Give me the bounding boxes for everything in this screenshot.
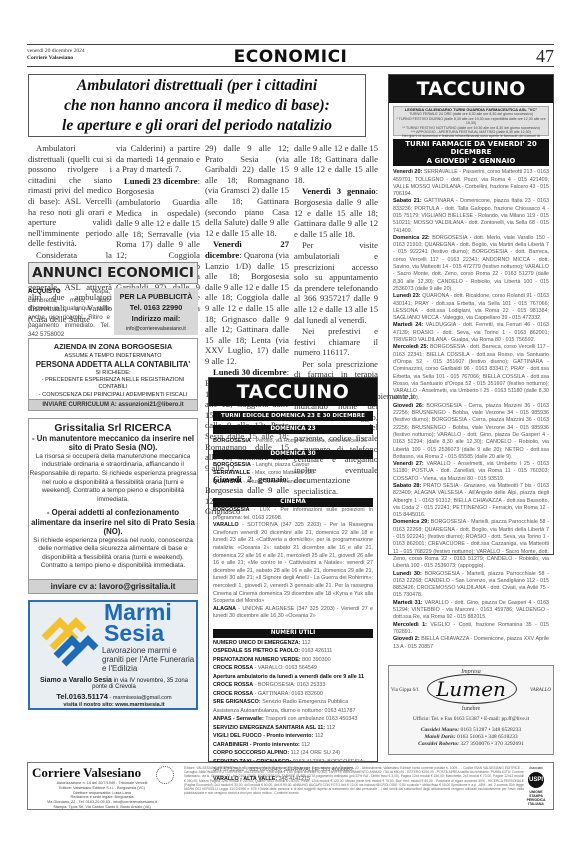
contact-line: Cassidei Mauro: 0163 51287 • 348 6528233 [389,727,553,734]
entry-label: ANPAS - Serravalle: [213,716,264,722]
entry-text: 112 [313,733,323,739]
turno-day: Venerdì 20: [393,169,422,175]
phone-entry: ANPAS - Serravalle: Trasporti con ambula… [213,715,373,724]
turni-list: Venerdì 20: SERRAVALLE - Passerini, cors… [389,166,553,651]
uspi-label: Associato [523,766,549,770]
cinema-entry: VARALLO - SOTTORIVA (347 325 2203) - Per… [209,522,377,606]
lumen-address: Via Gippa 6/1 [391,688,419,693]
ad-text: Vespa, Lambretta, moto, auto d'epoca in … [28,288,110,338]
turno-day: Martedì 31: [393,600,423,606]
entry-text: 112 [325,725,335,731]
page-number: 47 [536,46,554,67]
entry-label: PRENOTAZIONI NUMERO VERDE: [213,657,301,663]
turno-text: BORGOSESIA - dott. Barreca, corso Vercel… [393,344,549,401]
headline-line: che non hanno ancora il medico di base): [29,96,365,116]
annunci-title: ANNUNCI ECONOMICI [28,262,198,284]
job-ad-grissitalia: Grissitalia Srl RICERCA - Un manutentore… [28,418,198,580]
turno-day: Giovedì 26: [393,403,424,409]
taccuino-edicole-box: TACCUINO TURNI EDICOLE DOMENICA 23 E 30 … [208,377,378,762]
cinema-entry: ALAGNA - UNIONE ALAGNESE (347 325 2203) … [209,606,377,621]
phone-entry: CORPO SOCCORSO ALPINO: 112 (24 ORE SU 24… [213,749,373,758]
turno-entry: Lunedì 23: QUARONA - dott. Ricaldone, co… [393,293,549,322]
job-ad-email-link[interactable]: INVIARE CURRICULUM A: assunzioni21@liber… [28,400,198,411]
headline-line: Ambulatori distrettuali (per i cittadini [29,76,365,96]
contact-phones: 327 3930076 • 370 3292691 [459,741,524,747]
phone-entry: OSPEDALE SS PIETRO E PAOLO: 0163 426111 [213,647,373,656]
turno-entry: Domenica 29: BORGOSESIA - Martelli, piaz… [393,519,549,570]
entry-text: - Max, corso Matteotti 226 [250,470,314,476]
entry-label: VIGILI DEL FUOCO - Pronto intervento: [213,733,313,739]
article-text: : Quarona (via Lanzio 1/D) dalle 15 alle… [205,250,289,366]
turno-day: Mercoledì 1: [393,622,427,628]
phone-entry: NUMERO UNICO DI EMERGENZA: 112 [213,639,373,648]
turno-entry: Martedì 31: VARALLO - dott. Gino, piazza… [393,600,549,622]
job-ad-text: SI RICHIEDE: [29,370,197,376]
taccuino-title: TACCUINO [389,75,553,103]
entry-label: CORPO SOCCORSO ALPINO: [213,750,289,756]
corriere-logo: Corriere Valsesiano [32,765,141,781]
edicola-entry: QUARONA - Artuso, corso Rolandi 60 [209,478,377,487]
entry-label: CARABINIERI - Pronto intervento: [213,742,300,748]
turno-day: Domenica 22: [393,235,430,241]
imprint: Autorizzazione n. 14 del 20/7/1949 - Tri… [32,781,172,810]
turno-day: Sabato 28: [393,483,421,489]
turno-entry: Venerdì 20: SERRAVALLE - Passerini, cors… [393,169,549,198]
entry-label: SRE GRIGNASCO: [213,699,261,705]
entry-text: - Artuso, corso Rolandi 60 [242,479,306,485]
pubblicita-phone: Tel. 0163 22990 [114,303,198,312]
article-headline: Ambulatori distrettuali (per i cittadini… [28,74,366,137]
article-paragraph: via Calderini) a partire da martedì 14 g… [116,143,200,175]
domenica-30-title: DOMENICA 30 [213,450,373,459]
entry-text: - BORGOSESIA: 0163 25333 [253,682,325,688]
lumen-impresa: Impresa [389,669,553,675]
phone-entry: SERVIZIO EMERGENZA SANITARIA ASL 11: 112 [213,724,373,733]
phone-entry: CROCE ROSSA - BORGOSESIA: 0163 25333 [213,681,373,690]
turno-entry: Martedì 24: VALDUGGIA - dott. Ferretti, … [393,322,549,344]
turno-day: Mercoledì 25: [393,344,428,350]
article-day: Lunedì 30 dicembre [213,367,287,377]
contact-name: Cassidei Mauro: [421,727,459,733]
contact-phones: 0163 51063 • 348 6518233 [456,734,518,740]
turno-entry: Mercoledì 1: VEGLIO - Conti, frazione Ro… [393,622,549,637]
turno-entry: Domenica 22: BORGOSESIA - dott. Merlo, v… [393,235,549,293]
phone-entry: VIGILI DEL FUOCO - Pronto intervento: 11… [213,732,373,741]
article-paragraph: Per visite ambulatoriali e prescrizioni … [294,240,378,325]
taccuino-farmacie-box: TACCUINO LEGENDA CALENDARIO TURNI GUARDI… [388,74,554,555]
entry-text: - GATTINARA: 0163 832600 [253,691,323,697]
turno-day: Lunedì 23: [393,293,421,299]
lumen-city: VARALLO [530,688,551,693]
lumen-funebre: funebre [389,706,553,712]
job-ad-position: - Operai addetti al confezionamento alim… [29,508,197,536]
title-line: TURNI FARMACIE DA VENERDI' 20 DICEMBRE [393,140,549,157]
phone-entry: CROCE ROSSA - VARALLO: 0163 564549 [213,664,373,673]
numeri-utili-title: NUMERI UTILI [213,629,373,638]
turno-day: Giovedì 2: [393,636,420,642]
contact-phones: 0163 51287 • 348 6528233 [459,727,521,733]
town: SERRAVALLE [213,470,250,476]
town: BORGOSESIA [213,507,250,513]
phone-entry: CROCE ROSSA - GATTINARA: 0163 832600 [213,690,373,699]
contact-name: Cassidei Roberto: [418,741,459,747]
turno-day: Martedì 24: [393,322,423,328]
address-label: Siamo a Varallo Sesia [40,677,112,684]
entry-text: - VARALLO: 0163 564549 [253,665,317,671]
entry-text: 112 (24 ORE SU 24) [289,750,340,756]
uspi-badge: Associato USPI UNIONE STAMPA PERIODICA I… [523,766,549,806]
entry-text: - Perolio, via Roma 8; Zuccolo, corso Ve… [251,438,367,444]
entry-text: Trasporti con ambulanze 0163 450343 [264,716,358,722]
marmi-website-link[interactable]: visita il nostro sito: www.marmisesia.it [34,702,194,708]
turno-day: Sabato 21: [393,198,422,204]
entry-text: - Langhi, piazza Cavour [251,462,309,468]
turno-entry: Giovedì 26: BORGOSESIA - Cerra, piazza M… [393,403,549,461]
uspi-text: UNIONE STAMPA PERIODICA ITALIANA [523,790,549,806]
town: BORGOSESIA [213,462,251,468]
edicola-entry: BORGOSESIA - Langhi, piazza Cavour [209,461,377,470]
entry-text: - UNIONE ALAGNESE (347 325 2203) - Vener… [213,606,373,620]
entry-text: 800 390300 [301,657,331,663]
edicola-entry: BORGOSESIA - Perolio, via Roma 8; Zuccol… [209,437,377,446]
pubblicita-mail-label: Indirizzo mail: [114,314,198,323]
turni-farmacie-title: TURNI FARMACIE DA VENERDI' 20 DICEMBRE A… [393,139,549,166]
article-day: Venerdì 3 gennaio [302,186,376,196]
marmi-sesia-logo-icon [38,608,102,668]
job-ad-text: ASSUME A TEMPO INDETERMINATO [29,353,197,359]
town: BORGOSESIA [213,438,251,444]
contact-line: Maioli Daris: 0163 51063 • 348 6518233 [389,734,553,741]
contact-name: Maioli Daris: [424,734,455,740]
cinema-entry: BORGOSESIA - LUX - Per informazioni sull… [209,507,377,522]
title-line: A GIOVEDI' 2 GENNAIO [393,157,549,165]
imprint-line: Stampa: Tipos Srl, Via Canton Santo 5, B… [32,805,172,810]
phone-entry: Apertura ambulatorio da lunedì a venerdì… [213,673,373,682]
job-ad-title: Grissitalia Srl RICERCA [29,423,197,434]
turno-entry: Mercoledì 25: BORGOSESIA - dott. Barreca… [393,344,549,402]
ad-label: ACQUISTO [28,288,61,295]
job-ad-azienda: AZIENDA IN ZONA BORGOSESIA ASSUME A TEMP… [28,338,198,400]
entry-label: SERVIZIO EMERGENZA SANITARIA ASL 11: [213,725,325,731]
phone-entry: SRE GRIGNASCO: Servizio Radio Emergenza … [213,698,373,715]
town: VARALLO [213,522,239,528]
entry-label: CROCE ROSSA [213,665,253,671]
legal-notice: Editore: VALSESIANO EDITRICE s.r.l. - Bo… [184,766,524,795]
headline-line: le aperture e gli orari del periodo nata… [29,116,365,136]
brand-line: Sesia [104,623,172,644]
town: ALAGNA [213,606,236,612]
phone-entry: PRENOTAZIONI NUMERO VERDE: 800 390300 [213,656,373,665]
legenda-box: LEGENDA CALENDARIO TURNI GUARDIA FARMACE… [393,106,549,136]
taccuino-title: TACCUINO [209,378,377,406]
job-ad-text: - PRECEDENTE ESPERIENZA NELLE REGISTRAZI… [29,377,197,391]
pubblicita-email-link[interactable]: info@corrierevalsesiano.it [114,326,198,332]
cinema-title: CINEMA [213,498,373,507]
entry-label: OSPEDALE SS PIETRO E PAOLO: [213,648,300,654]
marmi-description: Lavorazione marmi e graniti per l'Arte F… [102,647,196,673]
marmi-address: Siamo a Varallo Sesia in via IV novembre… [34,677,194,690]
job-ad-text: - CONOSCENZA DEI PRINCIPALI ADEMPIMENTI … [29,392,197,399]
turno-entry: Lunedì 30: BORGOSESIA - Martelli, piazza… [393,571,549,600]
article-paragraph: dalle 9 alle 12 e dalle 15 alle 18; Gatt… [294,143,378,185]
lumen-contacts: Cassidei Mauro: 0163 51287 • 348 6528233… [389,727,553,747]
entry-label: Apertura ambulatorio da lunedì a venerdì… [213,674,364,680]
classified-ad-acquisto: ACQUISTO Vespa, Lambretta, moto, auto d'… [28,288,110,340]
job-ad-title: AZIENDA IN ZONA BORGOSESIA [29,342,197,351]
article-paragraph: Nei prefestivi e festivi chiamare il num… [294,326,378,358]
edicole-title: TURNI EDICOLE DOMENICA 23 E 30 DICEMBRE [213,411,373,421]
entry-label: NUMERO UNICO DI EMERGENZA: [213,640,300,646]
town: QUARONA [213,479,242,485]
job-ad-position: - Un manutentore meccanico da inserire n… [29,434,197,453]
job-ad-email-link[interactable]: inviare cv a: lavoro@grissitalia.it [28,580,198,594]
turno-day: Lunedì 30: [393,571,422,577]
job-ad-text: La risorsa si occuperà della manutenzion… [29,453,197,505]
entry-label: CROCE ROSSA [213,691,253,697]
turno-day: Venerdì 27: [393,461,424,467]
marmi-brand: Marmi Sesia [104,602,172,644]
turno-text: BORGOSESIA - dott. Merlo, viale Varallo … [393,235,549,292]
marmi-phone: Tel.0163.51174 - marmisesia@gmail.com [34,692,194,701]
edicola-entry: SERRAVALLE - Max, corso Matteotti 226 [209,469,377,478]
phone-entry: CARABINIERI - Pronto intervento: 112 [213,741,373,750]
article-paragraph: Ambulatori distrettuali (quelli cui si p… [28,143,112,249]
uspi-logo-icon: USPI [528,772,544,788]
section-title: ECONOMICI [27,47,554,67]
page-header: venerdì 20 dicembre 2024 Corriere Valses… [27,44,554,67]
lumen-office: Ufficio: Tel. e Fax 0163 51387 • E-mail:… [389,716,553,722]
entry-text: 112 [300,742,310,748]
turno-entry: Giovedì 2: BIELLA CHIAVAZZA - Domenicone… [393,636,549,651]
entry-label: CROCE ROSSA [213,682,253,688]
entry-text: 112 [300,640,310,646]
legenda-line: * TURNO FESTIVO DIURNO (dalle 8,30 alle … [395,117,547,126]
ad-lumen-funebre: Impresa Lumen Via Gippa 6/1 VARALLO fune… [388,665,554,755]
job-ad-text: Si richiede esperienza pregressa nel ruo… [29,537,197,571]
turno-day: Domenica 29: [393,519,429,525]
turno-entry: Venerdì 27: VARALLO - Anselmetti, via Um… [393,461,549,483]
phone-number: Tel.0163.51174 [56,692,108,701]
ad-marmi-sesia: Marmi Sesia Lavorazione marmi e graniti … [28,600,198,710]
article-day: Lunedì 23 dicembre [124,176,198,186]
entry-text: 0163 426111 [300,648,332,654]
domenica-23-title: DOMENICA 23 [213,425,373,434]
pubblicita-title: PER LA PUBBLICITÀ [114,292,198,301]
article-paragraph: 29) dalle 9 alle 12; Prato Sesia (via Ga… [205,143,289,238]
page-footer: Corriere Valsesiano Autorizzazione n. 14… [27,762,554,810]
email-text: - marmisesia@gmail.com [109,695,171,701]
contact-line: Cassidei Roberto: 327 3930076 • 370 3292… [389,741,553,748]
advertising-contact-box: PER LA PUBBLICITÀ Tel. 0163 22990 Indiri… [114,288,198,335]
turno-entry: Sabato 21: GATTINARA - Domenicone, piazz… [393,198,549,234]
turno-text: BORGOSESIA - Martelli, piazza Parrocchia… [393,519,549,569]
job-ad-position: PERSONA ADDETTA ALLA CONTABILITA' [29,360,197,369]
turno-entry: Sabato 28: PRATO SESIA - Graziano, via M… [393,483,549,519]
entry-text: - SOTTORIVA (347 325 2203) - Per la Rass… [213,522,373,604]
turno-text: BORGOSESIA - Cerra, piazza Mazzini 36 - … [393,403,549,460]
legenda-title: LEGENDA CALENDARIO TURNI GUARDIA FARMACE… [405,107,537,112]
